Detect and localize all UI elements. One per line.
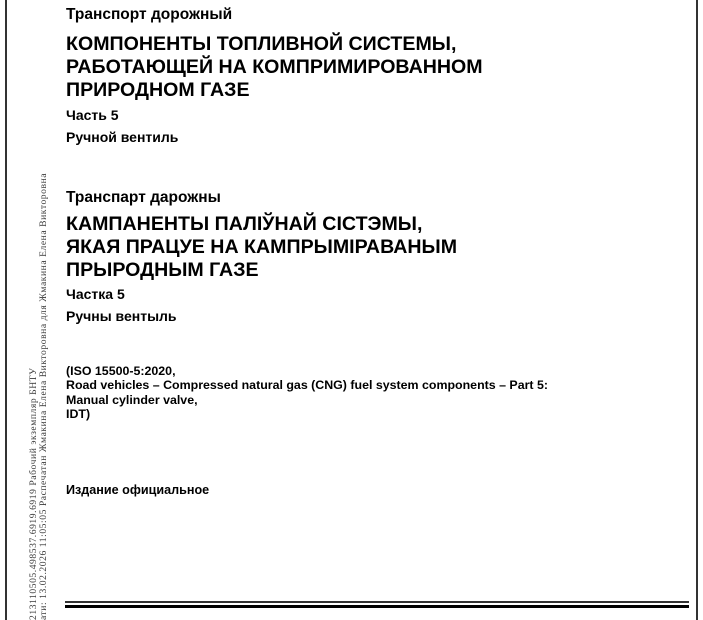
ru-part-number: Часть 5 [66, 107, 119, 123]
iso-line-2: Road vehicles – Compressed natural gas (… [66, 378, 548, 392]
bottom-rule-thin [65, 601, 689, 603]
ru-title-line-2: РАБОТАЮЩЕЙ НА КОМПРИМИРОВАННОМ [66, 56, 483, 80]
by-subject: Транспарт дарожны [66, 189, 221, 207]
page-frame-right-border [696, 0, 698, 620]
by-title-line-1: КАМПАНЕНТЫ ПАЛІЎНАЙ СІСТЭМЫ, [66, 213, 422, 237]
official-edition-label: Издание официальное [66, 483, 209, 497]
iso-line-4: IDT) [66, 407, 548, 421]
ru-title-line-3: ПРИРОДНОМ ГАЗЕ [66, 79, 250, 103]
by-part-title: Ручны вентыль [66, 308, 177, 324]
by-part-number: Частка 5 [66, 286, 125, 302]
watermark-line-2: ати: 13.02.2026 11:05:05 Распечатан Жмак… [39, 80, 49, 620]
ru-subject: Транспорт дорожный [66, 6, 232, 24]
print-watermark: 213110505.498537.6919.6919 Рабочий экзем… [29, 80, 49, 620]
by-title-line-3: ПРЫРОДНЫМ ГАЗЕ [66, 259, 259, 283]
bottom-rule-thick [65, 605, 689, 608]
page-frame-left-border [5, 0, 7, 620]
iso-reference: (ISO 15500-5:2020, Road vehicles – Compr… [66, 364, 548, 422]
iso-line-1: (ISO 15500-5:2020, [66, 364, 548, 378]
ru-part-title: Ручной вентиль [66, 129, 178, 145]
by-title-line-2: ЯКАЯ ПРАЦУЕ НА КАМПРЫМІРАВАНЫМ [66, 236, 457, 260]
iso-line-3: Manual cylinder valve, [66, 393, 548, 407]
ru-title-line-1: КОМПОНЕНТЫ ТОПЛИВНОЙ СИСТЕМЫ, [66, 33, 456, 57]
